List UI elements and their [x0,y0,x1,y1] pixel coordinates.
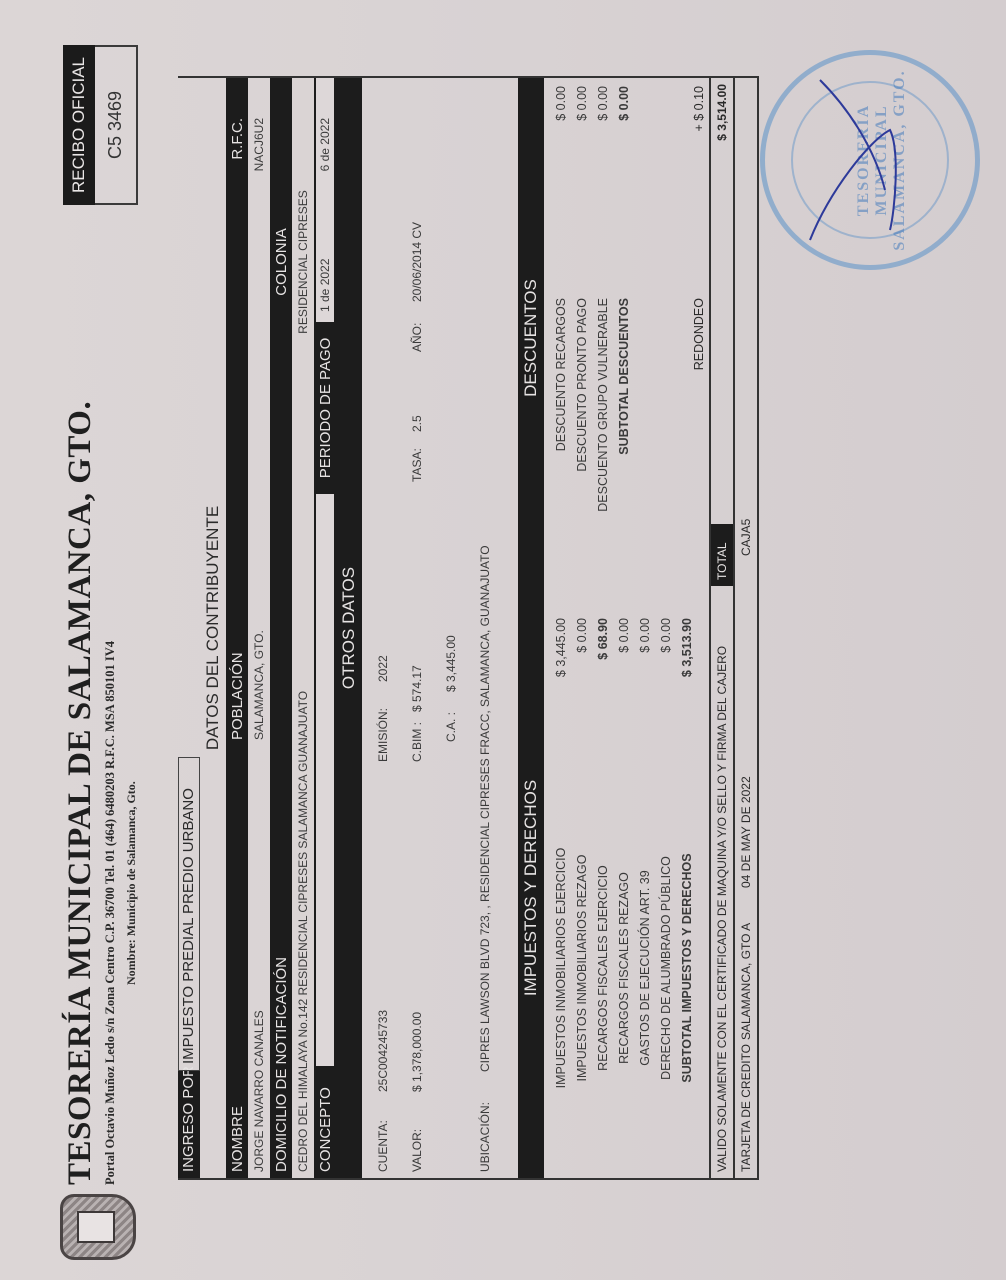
line-item-label: SUBTOTAL IMPUESTOS Y DERECHOS [680,758,694,1178]
line-item-label: RECARGOS FISCALES REZAGO [617,758,631,1178]
line-item-label: IMPUESTOS INMOBILIARIOS EJERCICIO [554,758,568,1178]
colonia-value: RESIDENCIAL CIPRESES [296,78,310,446]
line-item: DESCUENTO RECARGOS$ 0.00 [550,78,571,598]
descuentos-column: DESCUENTOS DESCUENTO RECARGOS$ 0.00DESCU… [518,78,709,598]
cuenta-row: CUENTA: 25C004245733 EMISIÓN: 2022 [376,78,390,1178]
cuenta-label: CUENTA: [376,1092,390,1178]
rfc-value: NACJ6U2 [252,78,266,434]
impuestos-column: IMPUESTOS Y DERECHOS IMPUESTOS INMOBILIA… [518,598,709,1178]
municipal-crest-icon [60,1194,136,1260]
line-item: IMPUESTOS INMOBILIARIOS REZAGO$ 0.00 [571,598,592,1178]
valor-row: VALOR: $ 1,378,000.00 C.BIM : $ 574.17 T… [410,78,424,1178]
line-item-value: $ 0.00 [617,618,631,758]
line-item-value: $ 0.00 [575,78,589,288]
line-item-label: DESCUENTO PRONTO PAGO [575,288,589,598]
line-item-label: DESCUENTO GRUPO VULNERABLE [596,288,610,598]
ingreso-label: INGRESO POR [178,1071,200,1178]
line-item: DERECHO DE ALUMBRADO PÚBLICO$ 0.00 [655,598,676,1178]
line-item-label: GASTOS DE EJECUCIÓN ART. 39 [638,758,652,1178]
line-item-value: $ 68.90 [596,618,610,758]
ingreso-value: IMPUESTO PREDIAL PREDIO URBANO [178,757,200,1071]
line-item-value: $ 0.00 [659,618,673,758]
valid-row: VALIDO SOLAMENTE CON EL CERTIFICADO DE M… [709,78,733,1178]
cbim-value: $ 574.17 [410,482,424,712]
concepto-value [316,494,334,1066]
line-item-value: $ 0.00 [617,78,631,288]
line-item-label: DESCUENTO RECARGOS [554,288,568,598]
line-item-value: $ 3,445.00 [554,618,568,758]
valid-notice: VALIDO SOLAMENTE CON EL CERTIFICADO DE M… [715,586,729,1178]
emision-label: EMISIÓN: [376,682,390,762]
receipt-header: TESORERÍA MUNICIPAL DE SALAMANCA, GTO. P… [62,285,139,1185]
line-item: RECARGOS FISCALES EJERCICIO$ 68.90 [592,598,613,1178]
contribuyente-section-title: DATOS DEL CONTRIBUYENTE [203,78,223,1178]
ca-label: C.A. : [444,692,458,742]
receipt-label: RECIBO OFICIAL [63,45,95,205]
issuer-address: Portal Octavio Muñoz Ledo s/n Zona Centr… [103,285,118,1185]
periodo-values: 1 de 2022 6 de 2022 [316,78,334,322]
valor-label: VALOR: [410,1092,424,1178]
cashier-signature-icon [790,70,910,250]
issuer-title: TESORERÍA MUNICIPAL DE SALAMANCA, GTO. [62,285,99,1185]
line-item-label: SUBTOTAL DESCUENTOS [617,288,631,598]
domicilio-values: CEDRO DEL HIMALAYA No.142 RESIDENCIAL CI… [292,78,314,1178]
redondeo-label: REDONDEO [692,288,706,598]
otros-datos-block: CUENTA: 25C004245733 EMISIÓN: 2022 VALOR… [362,78,518,1178]
cuenta-value: 25C004245733 [376,762,390,1092]
line-item: DESCUENTO GRUPO VULNERABLE$ 0.00 [592,78,613,598]
ingreso-row: INGRESO POR IMPUESTO PREDIAL PREDIO URBA… [178,78,200,1178]
nombre-value: JORGE NAVARRO CANALES [252,746,266,1178]
contribuyente-values: JORGE NAVARRO CANALES SALAMANCA, GTO. NA… [248,78,270,1178]
payment-row: TARJETA DE CREDITO SALAMANCA, GTO A 04 D… [733,78,759,1178]
ubicacion-label: UBICACIÓN: [478,1072,492,1178]
line-item-value: $ 3,513.90 [680,618,694,758]
domicilio-value: CEDRO DEL HIMALAYA No.142 RESIDENCIAL CI… [296,446,310,1178]
ubicacion-row: UBICACIÓN: CIPRES LAWSON BLVD 723, , RES… [478,78,492,1178]
redondeo-value: + $ 0.10 [692,78,706,288]
otros-section-title: OTROS DATOS [339,78,359,1178]
anio-label: AÑO: [410,302,424,352]
ca-row: C.A. : $ 3,445.00 [444,78,458,1178]
receipt-form: INGRESO POR IMPUESTO PREDIAL PREDIO URBA… [178,76,759,1180]
emision-value: 2022 [376,655,390,682]
receipt-number-box: RECIBO OFICIAL C5 3469 [63,45,138,205]
line-item-value: $ 0.00 [638,618,652,758]
valor-value: $ 1,378,000.00 [410,762,424,1092]
issuer-name: Nombre: Municipio de Salamanca, Gto. [124,285,139,985]
receipt-paper: TESORERÍA MUNICIPAL DE SALAMANCA, GTO. P… [0,0,1006,1280]
redondeo-row: REDONDEO + $ 0.10 [688,78,709,598]
line-item: RECARGOS FISCALES REZAGO$ 0.00 [613,598,634,1178]
tasa-value: 2.5 [410,352,424,432]
cbim-label: C.BIM : [410,712,424,762]
rfc-header: R.F.C. [229,78,246,434]
payment-method: TARJETA DE CREDITO [739,1046,753,1178]
line-item-label: RECARGOS FISCALES EJERCICIO [596,758,610,1178]
otros-header: OTROS DATOS [336,78,362,1178]
tasa-label: TASA: [410,432,424,482]
payment-place: SALAMANCA, GTO A [739,894,753,1046]
domicilio-headers: DOMICILIO DE NOTIFICACIÓN COLONIA [270,78,292,1178]
line-item-value: $ 0.00 [554,78,568,288]
periodo-hasta: 6 de 2022 [316,118,334,171]
ca-value: $ 3,445.00 [444,635,458,692]
concepto-label: CONCEPTO [317,1066,334,1178]
periodo-desde: 1 de 2022 [316,259,334,312]
tax-section: IMPUESTOS Y DERECHOS IMPUESTOS INMOBILIA… [518,78,709,1178]
line-item: SUBTOTAL IMPUESTOS Y DERECHOS$ 3,513.90 [676,598,697,1178]
concepto-row: CONCEPTO PERIODO DE PAGO 1 de 2022 6 de … [314,78,336,1178]
line-item: DESCUENTO PRONTO PAGO$ 0.00 [571,78,592,598]
domicilio-header: DOMICILIO DE NOTIFICACIÓN [273,446,290,1178]
total-label: TOTAL [711,524,733,586]
payment-date: 04 DE MAY DE 2022 [739,562,753,894]
line-item-value: $ 0.00 [596,78,610,288]
impuestos-section-title: IMPUESTOS Y DERECHOS [518,598,544,1178]
line-item-label: IMPUESTOS INMOBILIARIOS REZAGO [575,758,589,1178]
poblacion-header: POBLACIÓN [229,434,246,746]
poblacion-value: SALAMANCA, GTO. [252,434,266,746]
line-item: IMPUESTOS INMOBILIARIOS EJERCICIO$ 3,445… [550,598,571,1178]
cashier: CAJA5 [739,78,753,562]
line-item-label: DERECHO DE ALUMBRADO PÚBLICO [659,758,673,1178]
line-item: GASTOS DE EJECUCIÓN ART. 39$ 0.00 [634,598,655,1178]
receipt-number: C5 3469 [95,45,138,205]
descuentos-section-title: DESCUENTOS [518,78,544,598]
periodo-label: PERIODO DE PAGO [317,322,334,494]
ubicacion-value: CIPRES LAWSON BLVD 723, , RESIDENCIAL CI… [478,545,492,1072]
anio-value: 20/06/2014 CV [410,222,424,302]
contribuyente-col-headers: NOMBRE POBLACIÓN R.F.C. [226,78,248,1178]
impuestos-lines: IMPUESTOS INMOBILIARIOS EJERCICIO$ 3,445… [544,598,703,1178]
contribuyente-header: DATOS DEL CONTRIBUYENTE [200,78,226,1178]
colonia-header: COLONIA [273,78,290,446]
total-value: $ 3,514.00 [715,78,729,524]
line-item-value: $ 0.00 [575,618,589,758]
nombre-header: NOMBRE [229,746,246,1178]
line-item: SUBTOTAL DESCUENTOS$ 0.00 [613,78,634,598]
descuentos-lines: DESCUENTO RECARGOS$ 0.00DESCUENTO PRONTO… [544,78,640,598]
